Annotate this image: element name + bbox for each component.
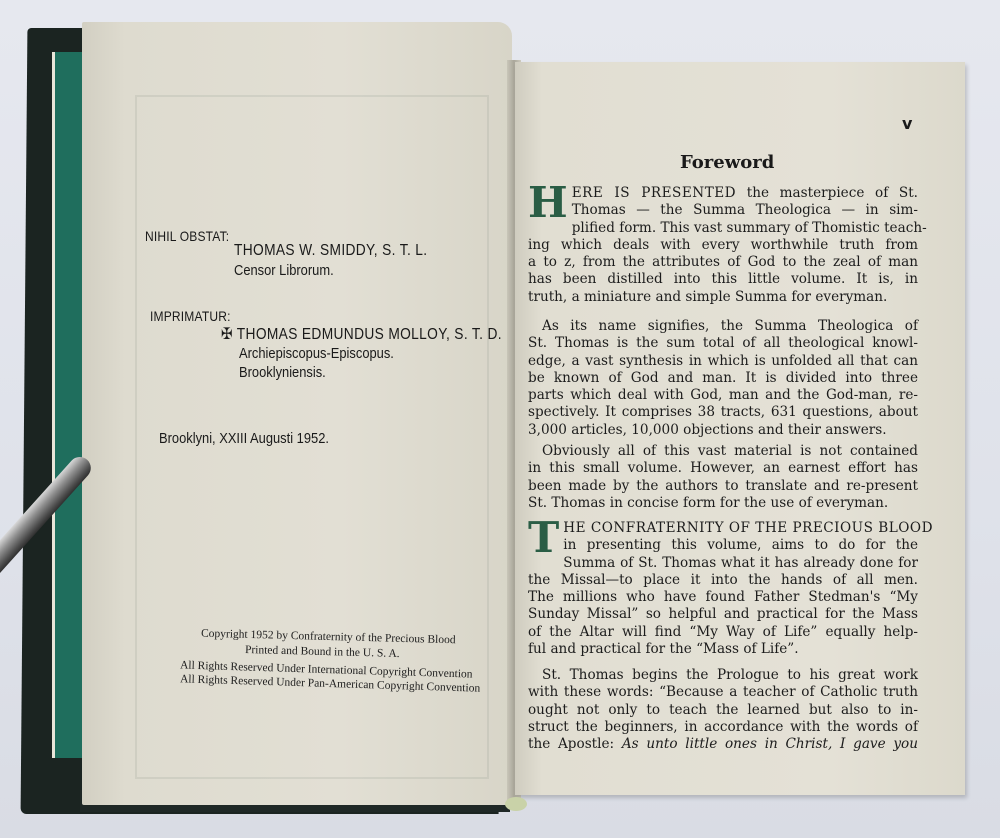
bishop-title: Archiepiscopus-Episcopus.: [239, 345, 394, 362]
paragraph-5: St. Thomas begins the Prologue to his gr…: [528, 667, 918, 753]
paragraph-4: T HE CONFRATERNITY OF THE PRECIOUS BLOOD…: [528, 520, 918, 658]
dropcap-h: H: [528, 186, 568, 220]
italic-quote: As unto little ones in Christ, I gave yo…: [622, 736, 918, 752]
censor-title: Censor Librorum.: [234, 262, 334, 279]
bishop-line: ✠ THOMAS EDMUNDUS MOLLOY, S. T. D.: [221, 324, 502, 344]
cross-icon: ✠: [221, 326, 233, 343]
page-heading: Foreword: [680, 152, 774, 173]
bishop-name: THOMAS EDMUNDUS MOLLOY, S. T. D.: [237, 326, 502, 343]
censor-name: THOMAS W. SMIDDY, S. T. L.: [234, 242, 427, 260]
date-line: Brooklyni, XXIII Augusti 1952.: [159, 430, 329, 447]
ribbon-bookmark: [505, 797, 527, 811]
page-number: v: [902, 114, 912, 133]
paragraph-1: H ERE IS PRESENTED the masterpiece of St…: [528, 185, 918, 306]
dropcap-t: T: [528, 521, 559, 555]
imprimatur-label: IMPRIMATUR:: [150, 308, 231, 324]
bishop-see: Brooklyniensis.: [239, 364, 326, 381]
paragraph-3: Obviously all of this vast material is n…: [528, 443, 918, 512]
nihil-obstat-label: NIHIL OBSTAT:: [145, 228, 229, 244]
paragraph-2: As its name signifies, the Summa Theolog…: [528, 318, 918, 439]
